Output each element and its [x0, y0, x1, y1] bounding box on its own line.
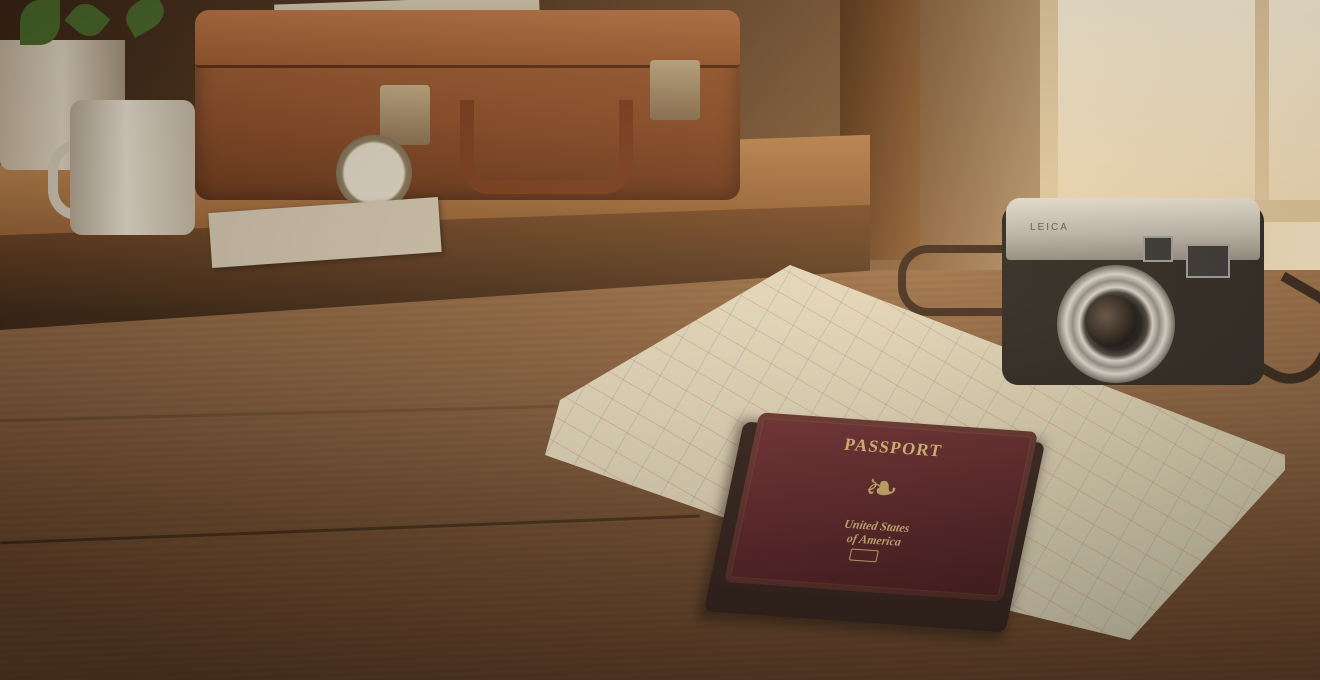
camera-strap — [898, 245, 1011, 316]
eagle-seal-icon: ❧ — [843, 462, 921, 517]
passport-title: PASSPORT — [752, 428, 1035, 468]
suitcase-latch — [380, 85, 430, 145]
viewfinder-window — [1143, 236, 1173, 262]
ceramic-mug — [70, 100, 195, 235]
photo-scene: LEICA PASSPORT ❧ United States of Americ… — [0, 0, 1320, 680]
plant-leaf — [20, 0, 60, 45]
window — [1040, 0, 1320, 222]
suitcase-handle — [460, 100, 633, 194]
viewfinder-window — [1186, 244, 1230, 278]
passport: PASSPORT ❧ United States of America — [724, 412, 1038, 601]
camera-brand: LEICA — [1030, 222, 1069, 233]
window-frame — [1255, 0, 1269, 200]
suitcase-latch — [650, 60, 700, 120]
lens-glass — [1085, 295, 1137, 347]
biometric-chip-icon — [849, 548, 879, 562]
